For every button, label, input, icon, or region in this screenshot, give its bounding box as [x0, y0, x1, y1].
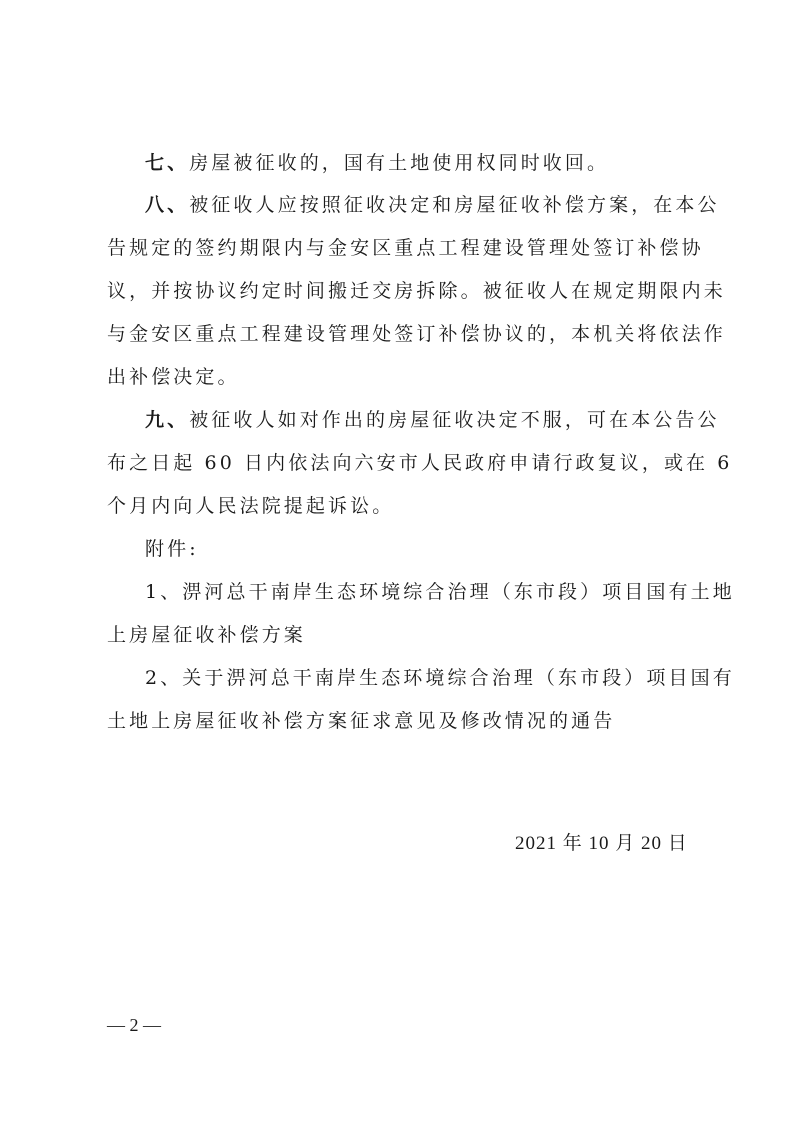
paragraph-line: 出补偿决定。 — [107, 365, 687, 389]
paragraph-line: 土地上房屋征收补偿方案征求意见及修改情况的通告 — [107, 709, 687, 733]
page-number: — 2 — — [107, 1013, 161, 1037]
attachments-heading: 附件: — [145, 537, 687, 561]
section-label: 九、 — [145, 409, 189, 431]
paragraph-line: 与金安区重点工程建设管理处签订补偿协议的，本机关将依法作 — [107, 322, 687, 346]
paragraph-line: 告规定的签约期限内与金安区重点工程建设管理处签订补偿协 — [107, 236, 687, 260]
paragraph-line: 布之日起 60 日内依法向六安市人民政府申请行政复议，或在 6 — [107, 451, 687, 475]
section-label: 七、 — [145, 152, 189, 174]
paragraph-line: 八、被征收人应按照征收决定和房屋征收补偿方案，在本公 — [145, 193, 687, 217]
paragraph-line: 七、房屋被征收的，国有土地使用权同时收回。 — [145, 151, 687, 175]
paragraph-line: 个月内向人民法院提起诉讼。 — [107, 494, 687, 518]
document-date: 2021 年 10 月 20 日 — [515, 832, 688, 856]
paragraph-line: 议，并按协议约定时间搬迁交房拆除。被征收人在规定期限内未 — [107, 279, 687, 303]
paragraph-line: 九、被征收人如对作出的房屋征收决定不服，可在本公告公 — [145, 408, 687, 432]
paragraph-line: 2、关于淠河总干南岸生态环境综合治理（东市段）项目国有 — [145, 666, 687, 690]
paragraph-line: 1、淠河总干南岸生态环境综合治理（东市段）项目国有土地 — [145, 580, 687, 604]
paragraph-line: 上房屋征收补偿方案 — [107, 623, 687, 647]
section-label: 八、 — [145, 194, 189, 216]
